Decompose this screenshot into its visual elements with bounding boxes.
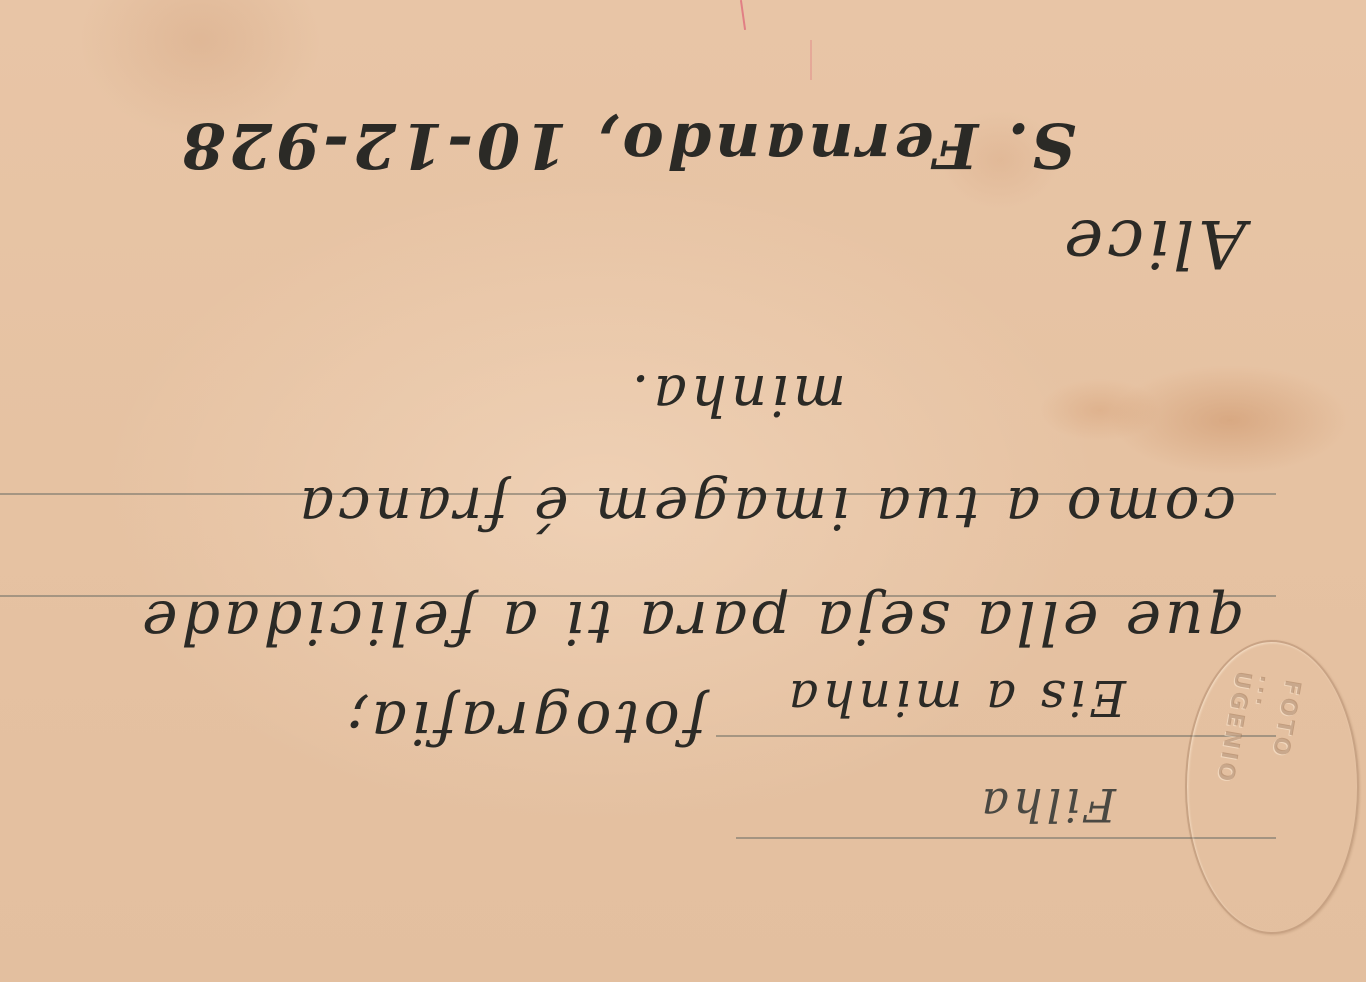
handwriting-signature: Alice: [1060, 205, 1246, 282]
handwriting-photo-word: fotografia;: [343, 687, 706, 757]
rotated-handwriting-layer: Eis a minha fotografia; Filha que ella s…: [0, 0, 1366, 982]
stamp-text: FOTO ... UGENIO: [1211, 669, 1305, 795]
handwriting-place-date: S. Fernando, 10-12-928: [178, 109, 1076, 182]
handwriting-line3: como a tua imagem é franca: [296, 474, 1236, 542]
handwriting-addressee: Filha: [978, 778, 1116, 832]
handwriting-line2: que ella seja para ti a felicidade: [138, 587, 1246, 657]
handwriting-dedication: Eis a minha: [785, 669, 1126, 727]
embossed-photographer-stamp: FOTO ... UGENIO: [1185, 640, 1359, 934]
handwriting-closing: minha.: [628, 362, 846, 427]
postcard-back: Eis a minha fotografia; Filha que ella s…: [0, 0, 1366, 982]
